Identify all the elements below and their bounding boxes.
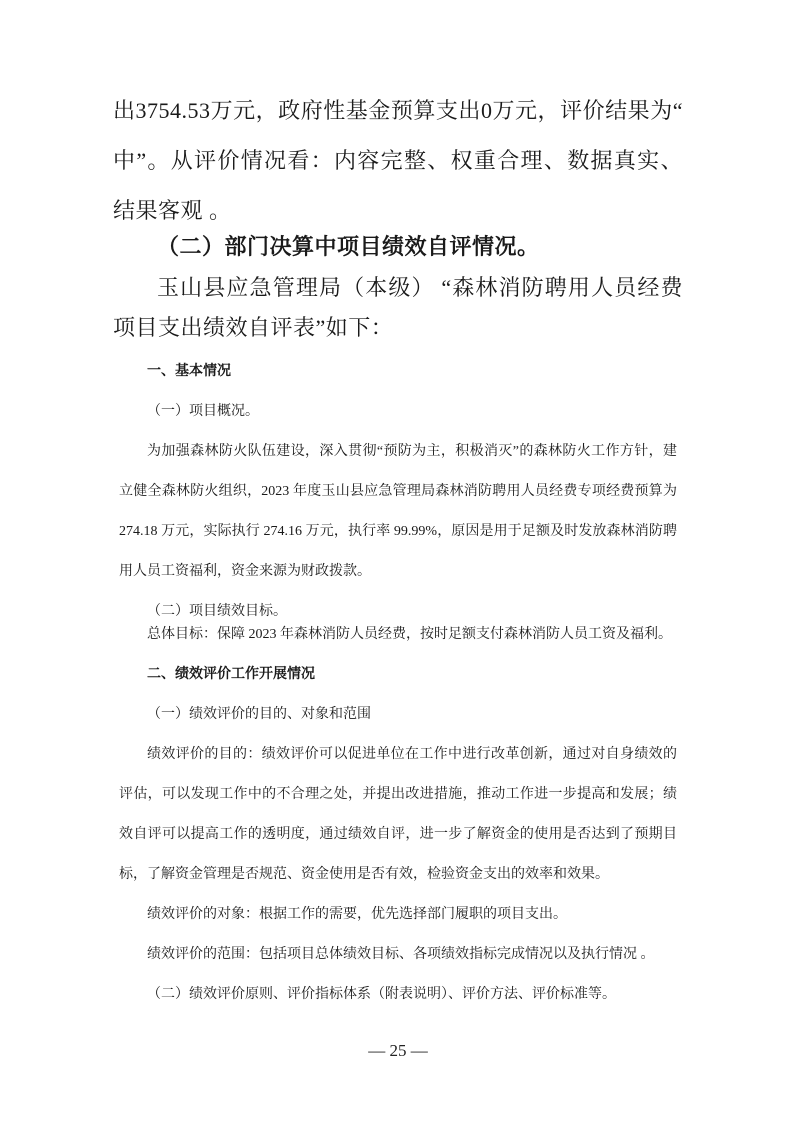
document-page: 出3754.53万元，政府性基金预算支出0万元，评价结果为“ 中”。从评价情况看… [0, 0, 793, 1122]
report-section1-subheading-overview: （一）项目概况。 [119, 392, 677, 432]
report-overall-goal-paragraph: 总体目标：保障 2023 年森林消防人员经费，按时足额支付森林消防人员工资及福利… [119, 615, 677, 655]
report-section1-title: 一、基本情况 [119, 352, 677, 392]
report-evaluation-scope-paragraph: 绩效评价的范围：包括项目总体绩效目标、各项绩效指标完成情况以及执行情况 。 [119, 935, 677, 975]
page-footer: — 25 — [113, 1041, 683, 1061]
report-evaluation-object-paragraph: 绩效评价的对象：根据工作的需要，优先选择部门履职的项目支出。 [119, 895, 677, 935]
section-heading-self-evaluation: （二）部门决算中项目绩效自评情况。 [113, 226, 683, 268]
intro-continuation-paragraph: 出3754.53万元，政府性基金预算支出0万元，评价结果为“ 中”。从评价情况看… [113, 86, 683, 236]
report-project-overview-paragraph: 为加强森林防火队伍建设，深入贯彻“预防为主，积极消灭”的森林防火工作方针，建立健… [119, 432, 677, 592]
report-section2-subheading-purpose: （一）绩效评价的目的、对象和范围 [119, 695, 677, 735]
self-evaluation-intro-paragraph: 玉山县应急管理局（本级） “森林消防聘用人员经费项目支出绩效自评表”如下： [113, 268, 683, 348]
self-evaluation-report: 一、基本情况 （一）项目概况。 为加强森林防火队伍建设，深入贯彻“预防为主，积极… [119, 352, 677, 1015]
report-evaluation-purpose-paragraph: 绩效评价的目的：绩效评价可以促进单位在工作中进行改革创新，通过对自身绩效的评估，… [119, 735, 677, 895]
report-section2-title: 二、绩效评价工作开展情况 [119, 655, 677, 695]
page-content: 出3754.53万元，政府性基金预算支出0万元，评价结果为“ 中”。从评价情况看… [0, 86, 793, 1061]
report-section2-subheading-principles: （二）绩效评价原则、评价指标体系（附表说明）、评价方法、评价标准等。 [119, 975, 677, 1015]
page-number: — 25 — [368, 1041, 428, 1060]
